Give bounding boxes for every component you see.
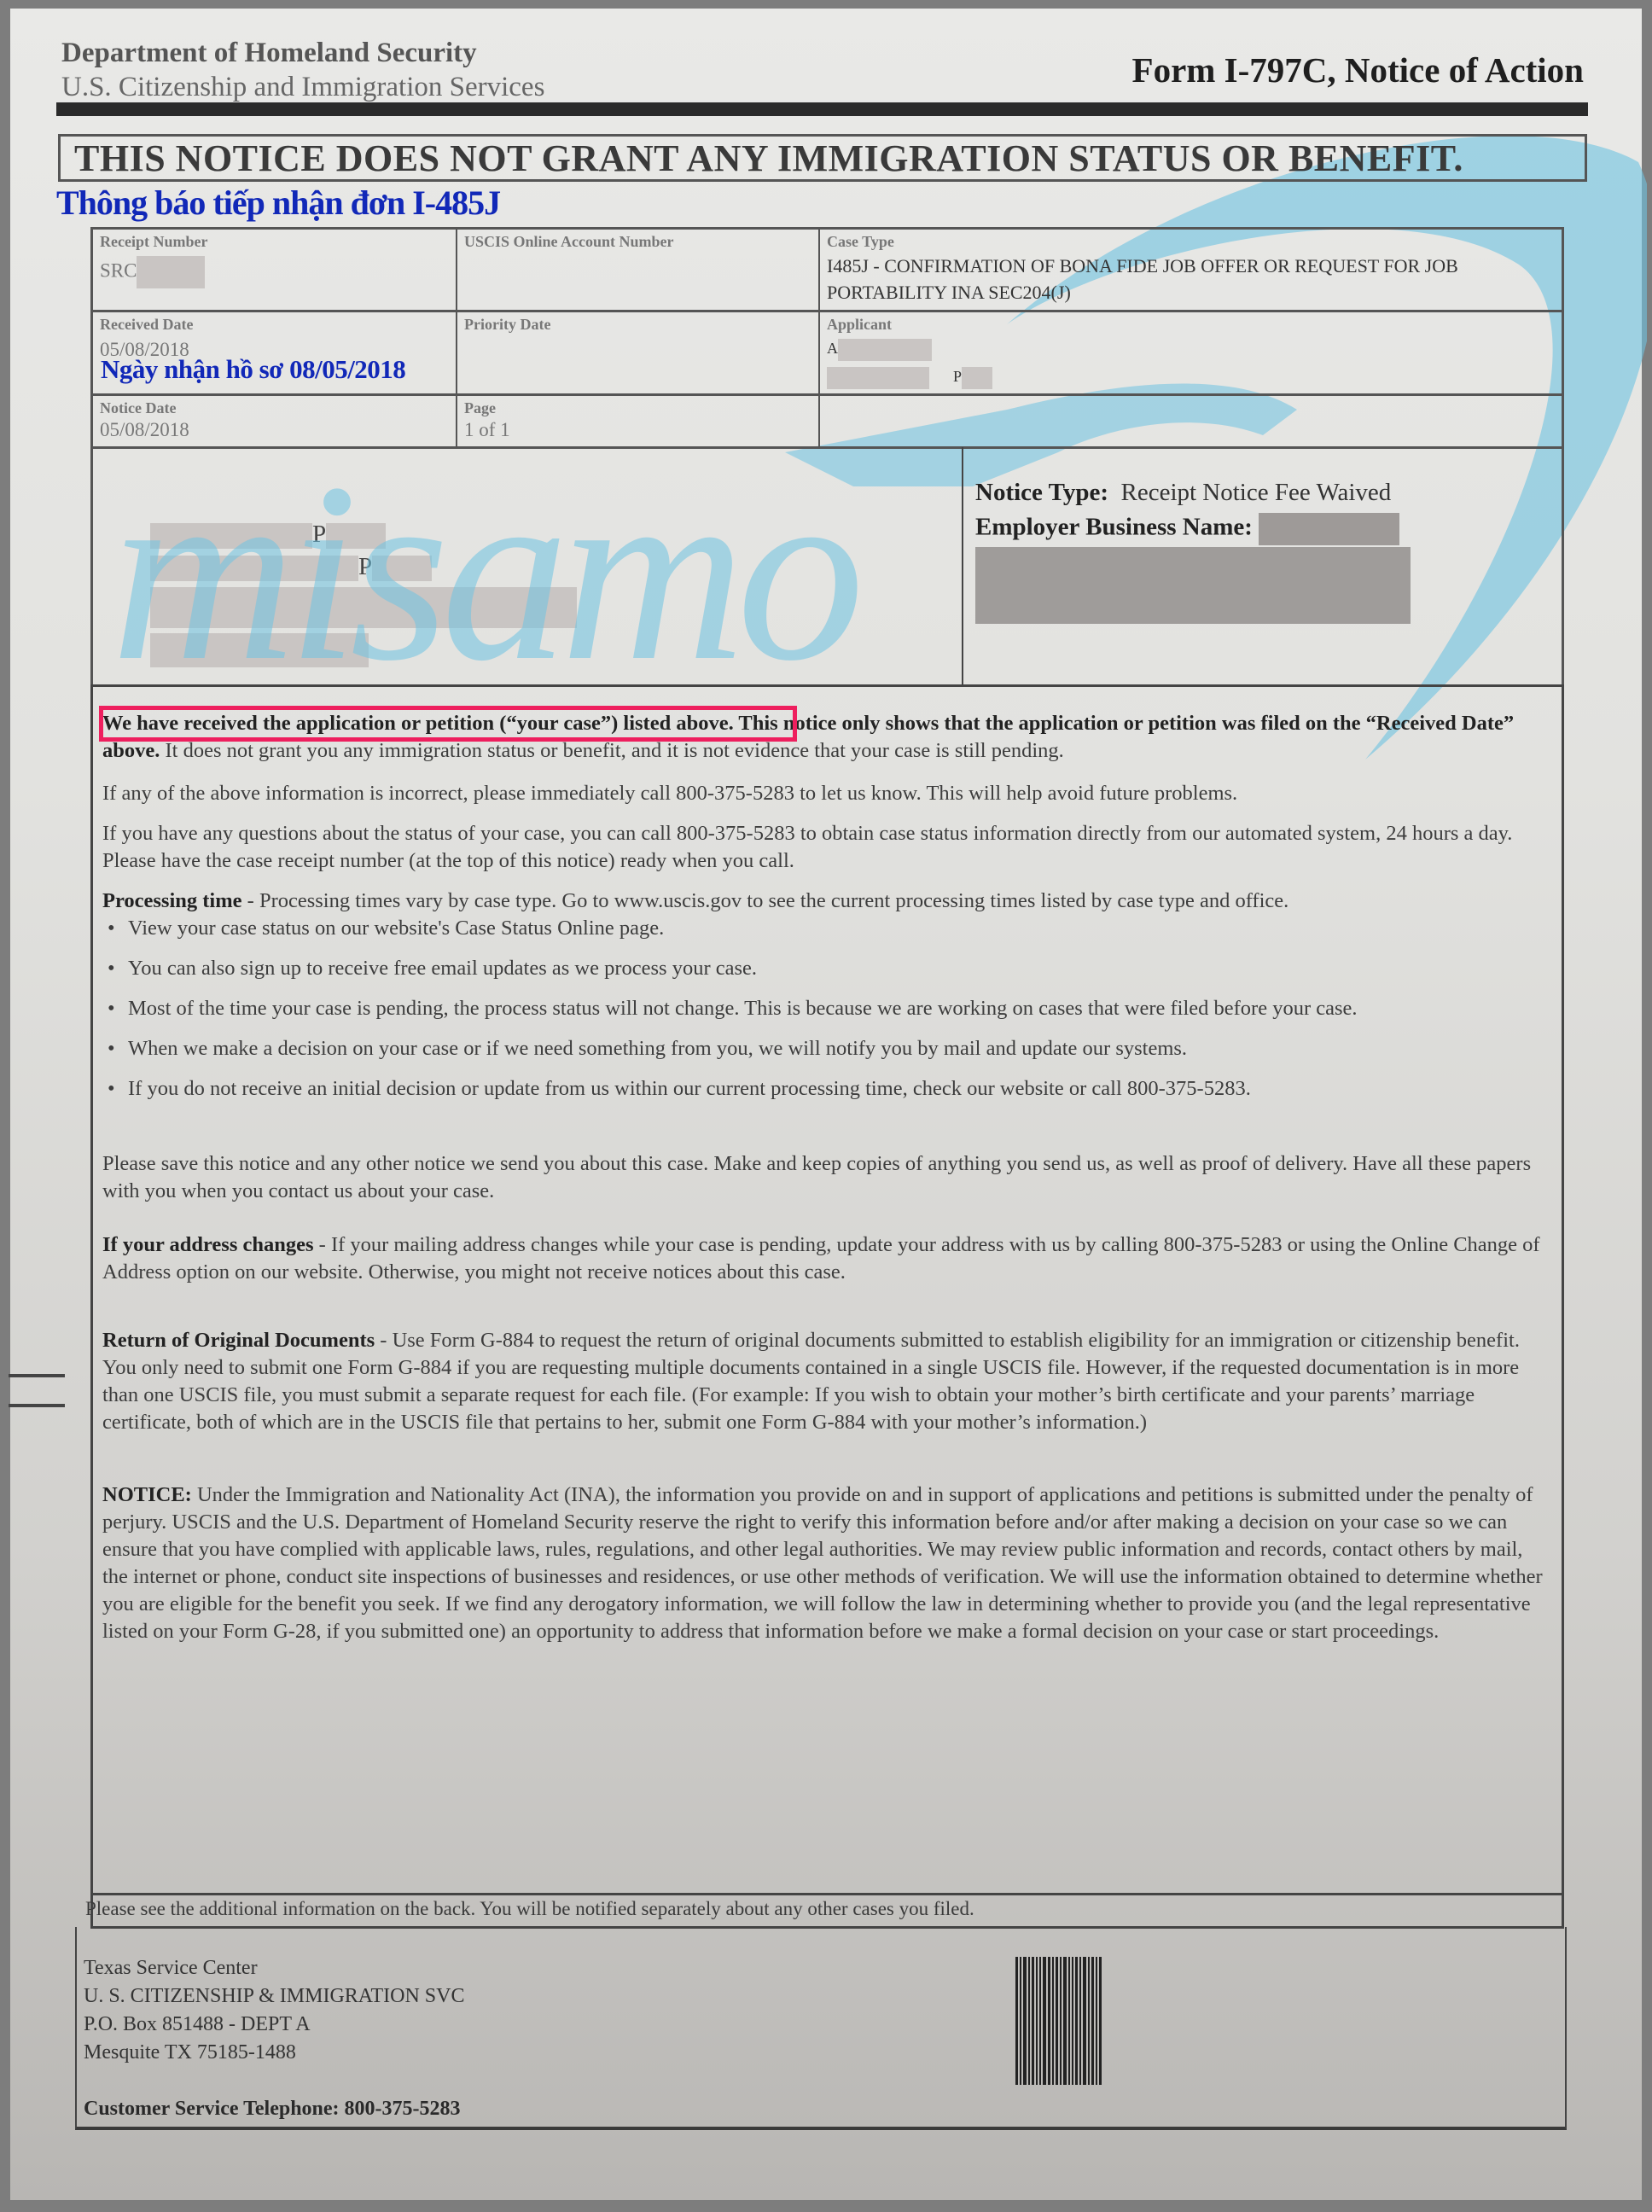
list-item: You can also sign up to receive free ema… — [102, 955, 1544, 982]
redacted-block — [962, 367, 992, 389]
customer-service-phone: Customer Service Telephone: 800-375-5283 — [84, 2098, 461, 2121]
notice-date-cell: Notice Date 05/08/2018 — [93, 396, 457, 449]
address-divider — [962, 447, 963, 686]
notice-type: Notice Type: Receipt Notice Fee Waived — [975, 479, 1391, 507]
case-status-paragraph: If you have any questions about the stat… — [102, 820, 1544, 875]
employer-business-name: Employer Business Name: — [975, 513, 1399, 545]
empty-cell — [820, 396, 1564, 449]
processing-bullets: View your case status on our website's C… — [102, 915, 1544, 1103]
redacted-block — [150, 556, 358, 581]
redacted-block — [150, 587, 577, 628]
fold-mark — [9, 1404, 65, 1407]
page-cell: Page 1 of 1 — [457, 396, 820, 449]
redacted-block — [150, 523, 312, 549]
applicant-line-2: P — [827, 364, 1557, 390]
redacted-block — [150, 633, 369, 667]
case-type-label: Case Type — [827, 233, 1557, 251]
priority-date-label: Priority Date — [464, 316, 811, 334]
recipient-line-4 — [150, 633, 369, 667]
priority-date-cell: Priority Date — [457, 312, 820, 396]
notice-date-label: Notice Date — [100, 399, 449, 417]
list-item: View your case status on our website's C… — [102, 915, 1544, 942]
service-center-address: Texas Service Center U. S. CITIZENSHIP &… — [84, 1954, 464, 2067]
receipt-number-label: Receipt Number — [100, 233, 449, 251]
applicant-label: Applicant — [827, 316, 1557, 334]
redacted-block — [827, 367, 929, 389]
processing-time-intro: Processing time - Processing times vary … — [102, 888, 1544, 915]
annotation-title: Thông báo tiếp nhận đơn I-485J — [56, 183, 500, 223]
list-item: When we make a decision on your case or … — [102, 1035, 1544, 1062]
notice-date-value: 05/08/2018 — [100, 419, 449, 441]
recipient-line-2: P — [150, 553, 432, 581]
barcode-icon — [1015, 1957, 1114, 2085]
annotation-received-date: Ngày nhận hồ sơ 08/05/2018 — [101, 354, 405, 385]
address-line: Texas Service Center — [84, 1954, 464, 1982]
redacted-block — [326, 523, 386, 549]
redacted-block — [1259, 513, 1399, 545]
agency-name: Department of Homeland Security — [61, 38, 477, 69]
header-rule — [56, 102, 1588, 116]
address-line: P.O. Box 851488 - DEPT A — [84, 2011, 464, 2039]
highlight-box — [99, 706, 797, 742]
address-line: Mesquite TX 75185-1488 — [84, 2039, 464, 2067]
case-type-value: I485J - CONFIRMATION OF BONA FIDE JOB OF… — [827, 253, 1557, 306]
redacted-block — [372, 556, 432, 581]
receipt-number-cell: Receipt Number SRC — [93, 230, 457, 312]
redacted-block — [838, 339, 932, 361]
address-line: U. S. CITIZENSHIP & IMMIGRATION SVC — [84, 1982, 464, 2011]
form-title: Form I-797C, Notice of Action — [1132, 49, 1584, 90]
receipt-number-value: SRC — [100, 256, 449, 288]
page-label: Page — [464, 399, 811, 417]
applicant-line-1: A — [827, 335, 1557, 362]
recipient-line-3 — [150, 587, 577, 628]
applicant-cell: Applicant A P — [820, 312, 1564, 396]
list-item: Most of the time your case is pending, t… — [102, 995, 1544, 1022]
redacted-block — [975, 547, 1411, 624]
page-value: 1 of 1 — [464, 419, 811, 441]
case-info-table: Receipt Number SRC USCIS Online Account … — [90, 227, 1564, 449]
sub-agency-name: U.S. Citizenship and Immigration Service… — [61, 72, 544, 103]
received-date-label: Received Date — [100, 316, 449, 334]
status-disclaimer-banner: THIS NOTICE DOES NOT GRANT ANY IMMIGRATI… — [58, 134, 1587, 182]
online-account-cell: USCIS Online Account Number — [457, 230, 820, 312]
footer-note: Please see the additional information on… — [85, 1898, 974, 1920]
legal-notice-paragraph: NOTICE: Under the Immigration and Nation… — [102, 1481, 1544, 1645]
address-change-paragraph: If your address changes - If your mailin… — [102, 1231, 1544, 1286]
save-notice-paragraph: Please save this notice and any other no… — [102, 1150, 1544, 1205]
recipient-line-1: P — [150, 521, 386, 549]
incorrect-info-paragraph: If any of the above information is incor… — [102, 780, 1544, 807]
employer-address — [975, 547, 1411, 624]
list-item: If you do not receive an initial decisio… — [102, 1075, 1544, 1103]
return-documents-paragraph: Return of Original Documents - Use Form … — [102, 1327, 1544, 1436]
processing-time-section: Processing time - Processing times vary … — [102, 888, 1544, 1115]
case-type-cell: Case Type I485J - CONFIRMATION OF BONA F… — [820, 230, 1564, 312]
redacted-block — [137, 256, 205, 288]
online-account-label: USCIS Online Account Number — [464, 233, 811, 251]
fold-mark — [9, 1374, 65, 1377]
